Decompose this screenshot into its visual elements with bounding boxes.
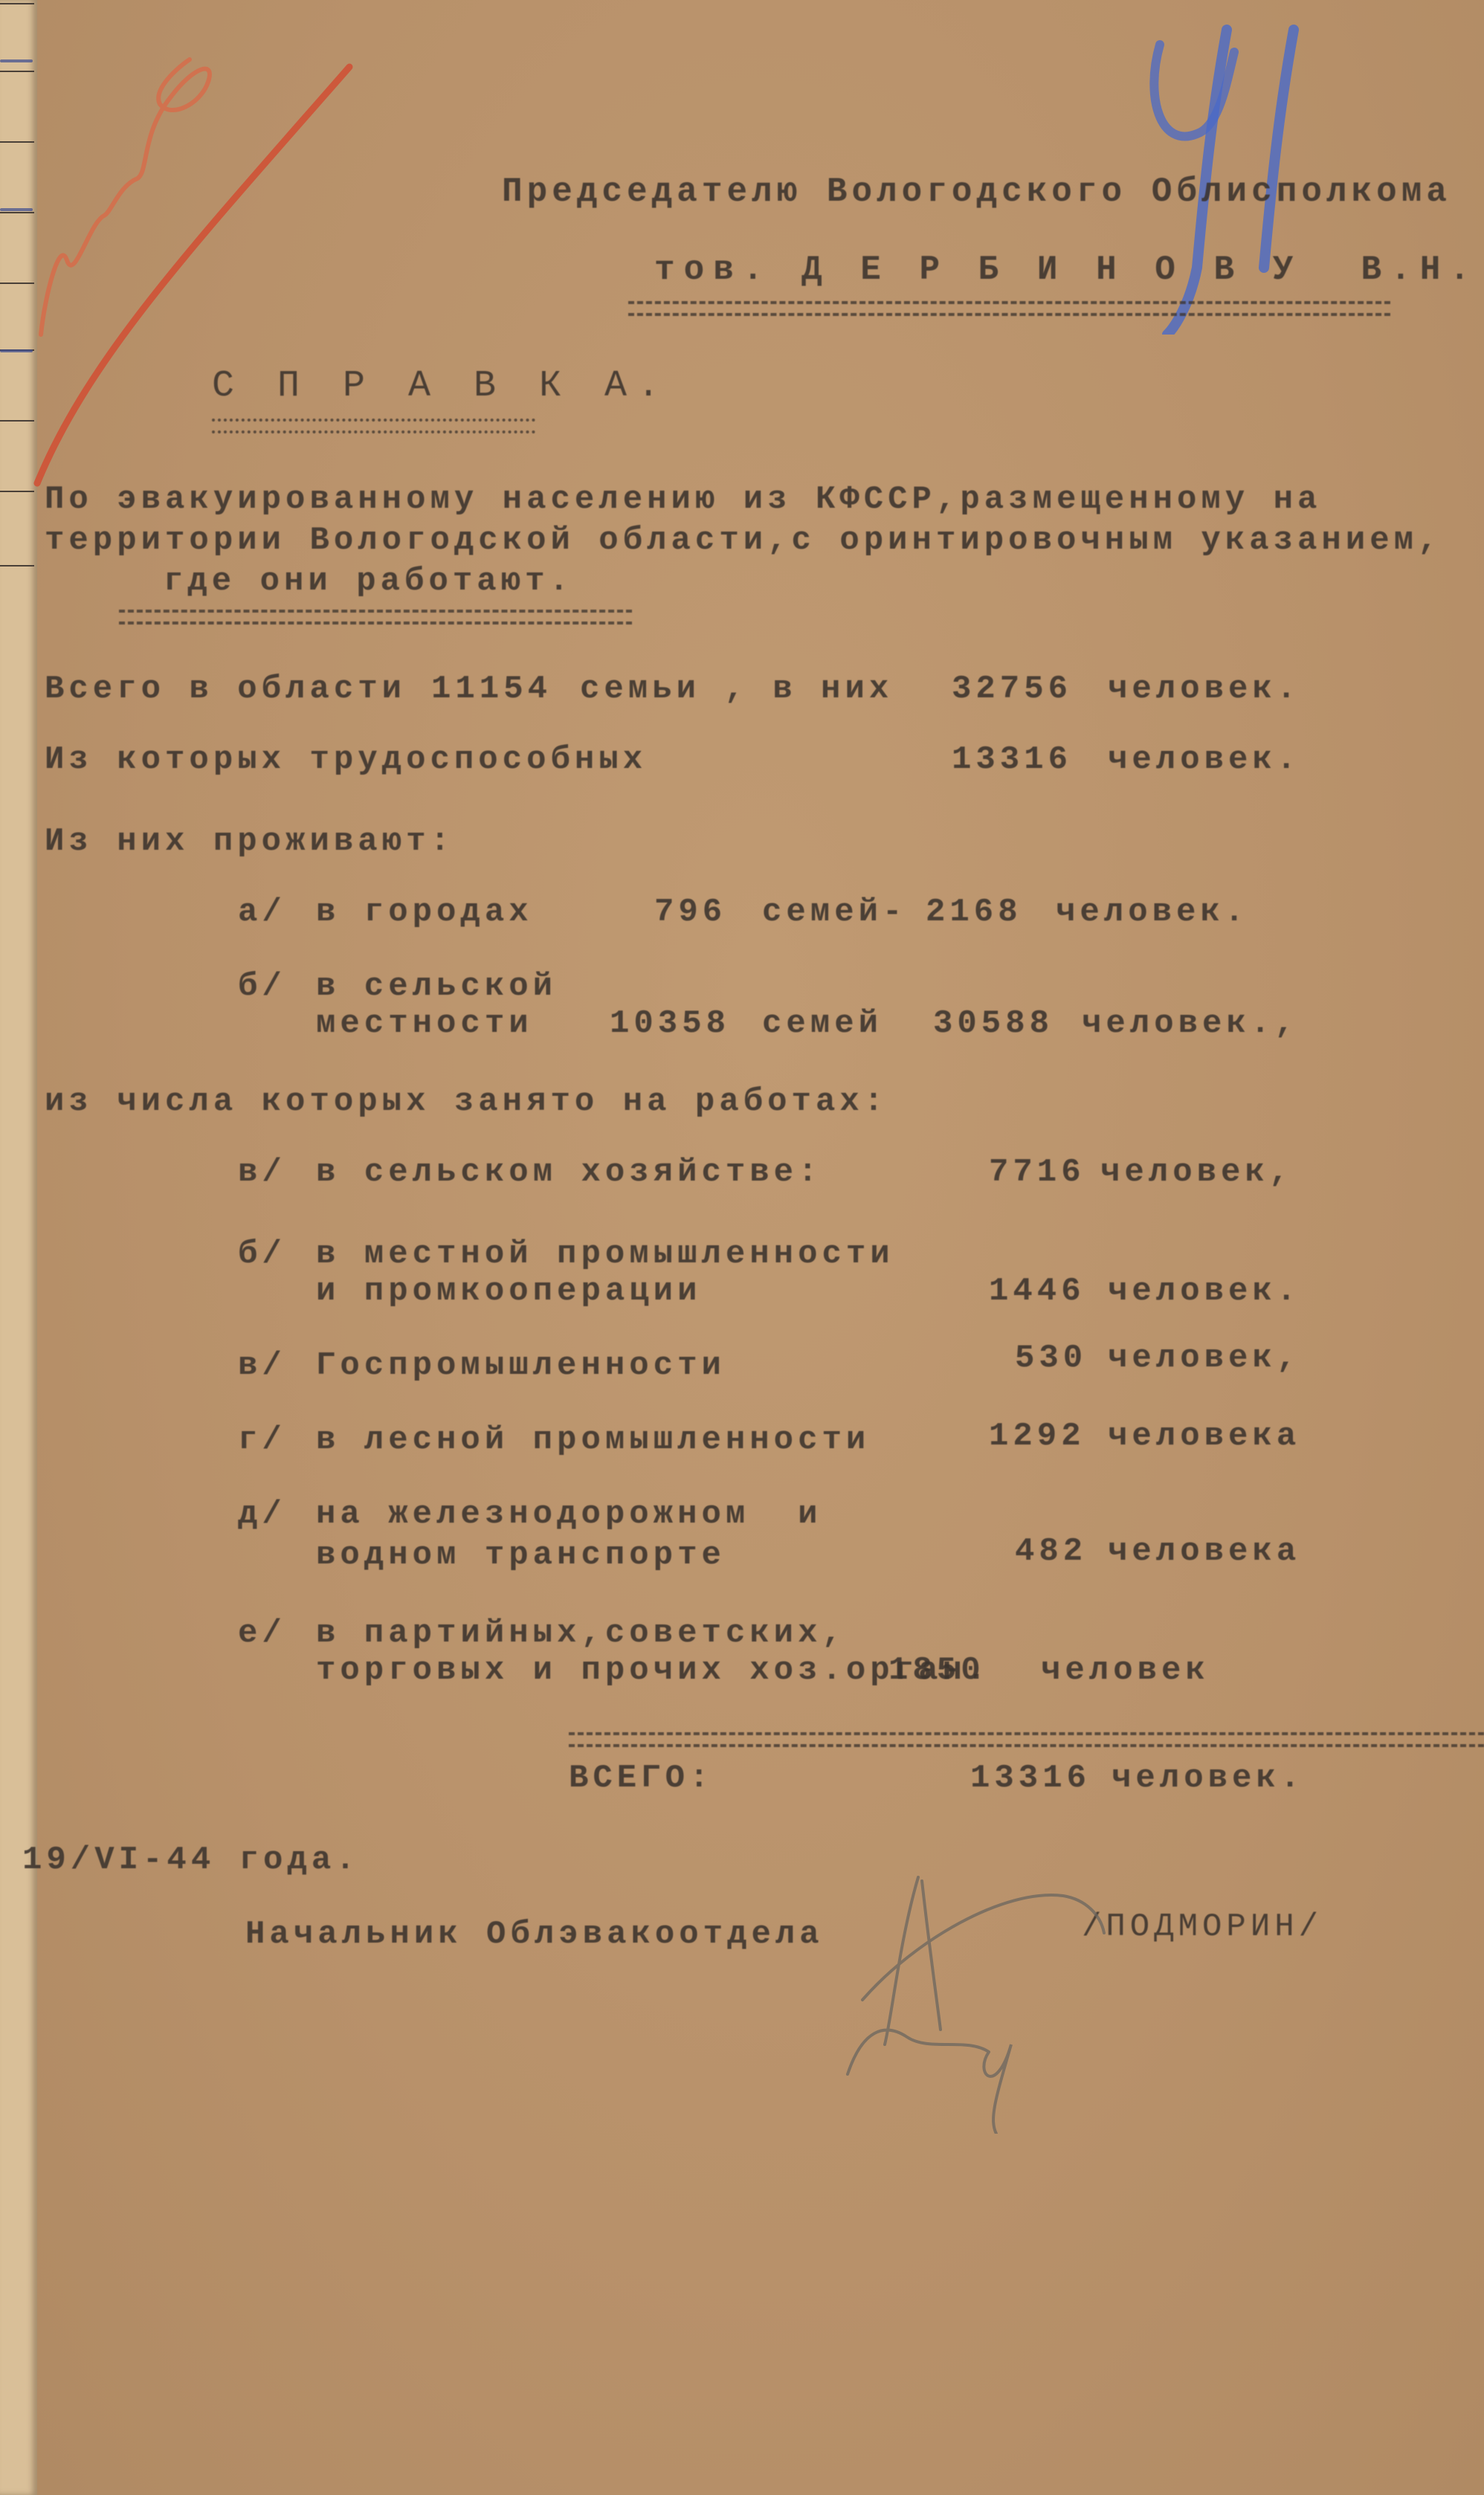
residence-people-unit: человек., bbox=[1082, 1007, 1299, 1040]
residence-label: в городах bbox=[316, 896, 533, 929]
employment-label: Госпромышленности bbox=[316, 1349, 726, 1382]
employment-label: в сельском хозяйстве: bbox=[316, 1156, 822, 1189]
employment-label: в партийных,советских, bbox=[316, 1617, 846, 1650]
total-families-unit: семьи , в них bbox=[580, 673, 893, 706]
total-rule bbox=[569, 1732, 1484, 1747]
employment-unit: человек, bbox=[1100, 1156, 1293, 1189]
employment-label: в местной промышленности bbox=[316, 1238, 894, 1271]
employment-value: 1292 bbox=[989, 1420, 1085, 1453]
document-date: 19/VI-44 года. bbox=[22, 1844, 360, 1876]
employment-value: 7716 bbox=[989, 1156, 1085, 1189]
employment-unit: человек, bbox=[1108, 1342, 1300, 1375]
residence-families: 796 bbox=[654, 896, 726, 929]
residence-heading: Из них проживают: bbox=[45, 825, 454, 858]
signatory-title: Начальник Облэвакоотдела bbox=[245, 1918, 824, 1951]
employment-heading: из числа которых занято на работах: bbox=[45, 1085, 888, 1118]
employment-value: 1850 bbox=[888, 1654, 985, 1687]
employment-marker: в/ bbox=[238, 1349, 286, 1382]
able-bodied-unit: человек. bbox=[1108, 743, 1300, 776]
total-people: 32756 bbox=[952, 673, 1072, 706]
residence-people: 2168 bbox=[926, 896, 1022, 929]
employment-unit: человек bbox=[1041, 1654, 1210, 1687]
residence-marker: б/ bbox=[238, 970, 286, 1003]
employment-value: 530 bbox=[1015, 1342, 1087, 1375]
residence-label-2: местности bbox=[316, 1007, 533, 1040]
employment-marker: г/ bbox=[238, 1424, 286, 1456]
employment-label: на железнодорожном и bbox=[316, 1498, 822, 1531]
total-label: Всего в области bbox=[45, 673, 406, 706]
employment-total-value: 13316 bbox=[970, 1762, 1091, 1795]
document-title: С П Р А В К А. bbox=[212, 368, 670, 405]
residence-people: 30588 bbox=[933, 1007, 1054, 1040]
residence-label: в сельской bbox=[316, 970, 557, 1003]
residence-people-unit: человек. bbox=[1056, 896, 1248, 929]
employment-unit: человек. bbox=[1108, 1275, 1300, 1308]
employment-unit: человека bbox=[1108, 1420, 1300, 1453]
employment-marker: в/ bbox=[238, 1156, 286, 1189]
employment-value: 1446 bbox=[989, 1275, 1085, 1308]
residence-families-unit: семей bbox=[762, 1007, 883, 1040]
total-people-unit: человек. bbox=[1108, 673, 1300, 706]
employment-total-label: ВСЕГО: bbox=[569, 1762, 713, 1795]
employment-total-unit: человек. bbox=[1112, 1762, 1304, 1795]
employment-marker: б/ bbox=[238, 1238, 286, 1271]
able-bodied-label: Из которых трудоспособных bbox=[45, 743, 647, 776]
employment-label-2: и промкооперации bbox=[316, 1275, 701, 1308]
employment-marker: е/ bbox=[238, 1617, 286, 1650]
employment-unit: человека bbox=[1108, 1535, 1300, 1568]
employment-label: в лесной промышленности bbox=[316, 1424, 870, 1456]
residence-marker: а/ bbox=[238, 896, 286, 929]
residence-families: 10358 bbox=[610, 1007, 730, 1040]
addressee-line-2: тов. Д Е Р Б И Н О В У В.Н. bbox=[654, 253, 1479, 287]
handwritten-signature-icon bbox=[818, 1851, 1175, 2134]
able-bodied-value: 13316 bbox=[952, 743, 1072, 776]
addressee-underline bbox=[628, 301, 1390, 316]
employment-value: 482 bbox=[1015, 1535, 1087, 1568]
subject-line-2: территории Вологодской области,с оринтир… bbox=[45, 524, 1442, 557]
subject-line-3: где они работают. bbox=[164, 565, 573, 598]
title-underline bbox=[212, 419, 535, 433]
subject-underline bbox=[119, 610, 632, 624]
residence-families-unit: семей- bbox=[762, 896, 906, 929]
employment-label-2: водном транспорте bbox=[316, 1539, 726, 1572]
total-families: 11154 bbox=[431, 673, 552, 706]
employment-marker: д/ bbox=[238, 1498, 286, 1531]
subject-line-1: По эвакуированному населению из КФССР,ра… bbox=[45, 483, 1321, 516]
addressee-line-1: Председателю Вологодского Облисполкома bbox=[502, 175, 1451, 209]
